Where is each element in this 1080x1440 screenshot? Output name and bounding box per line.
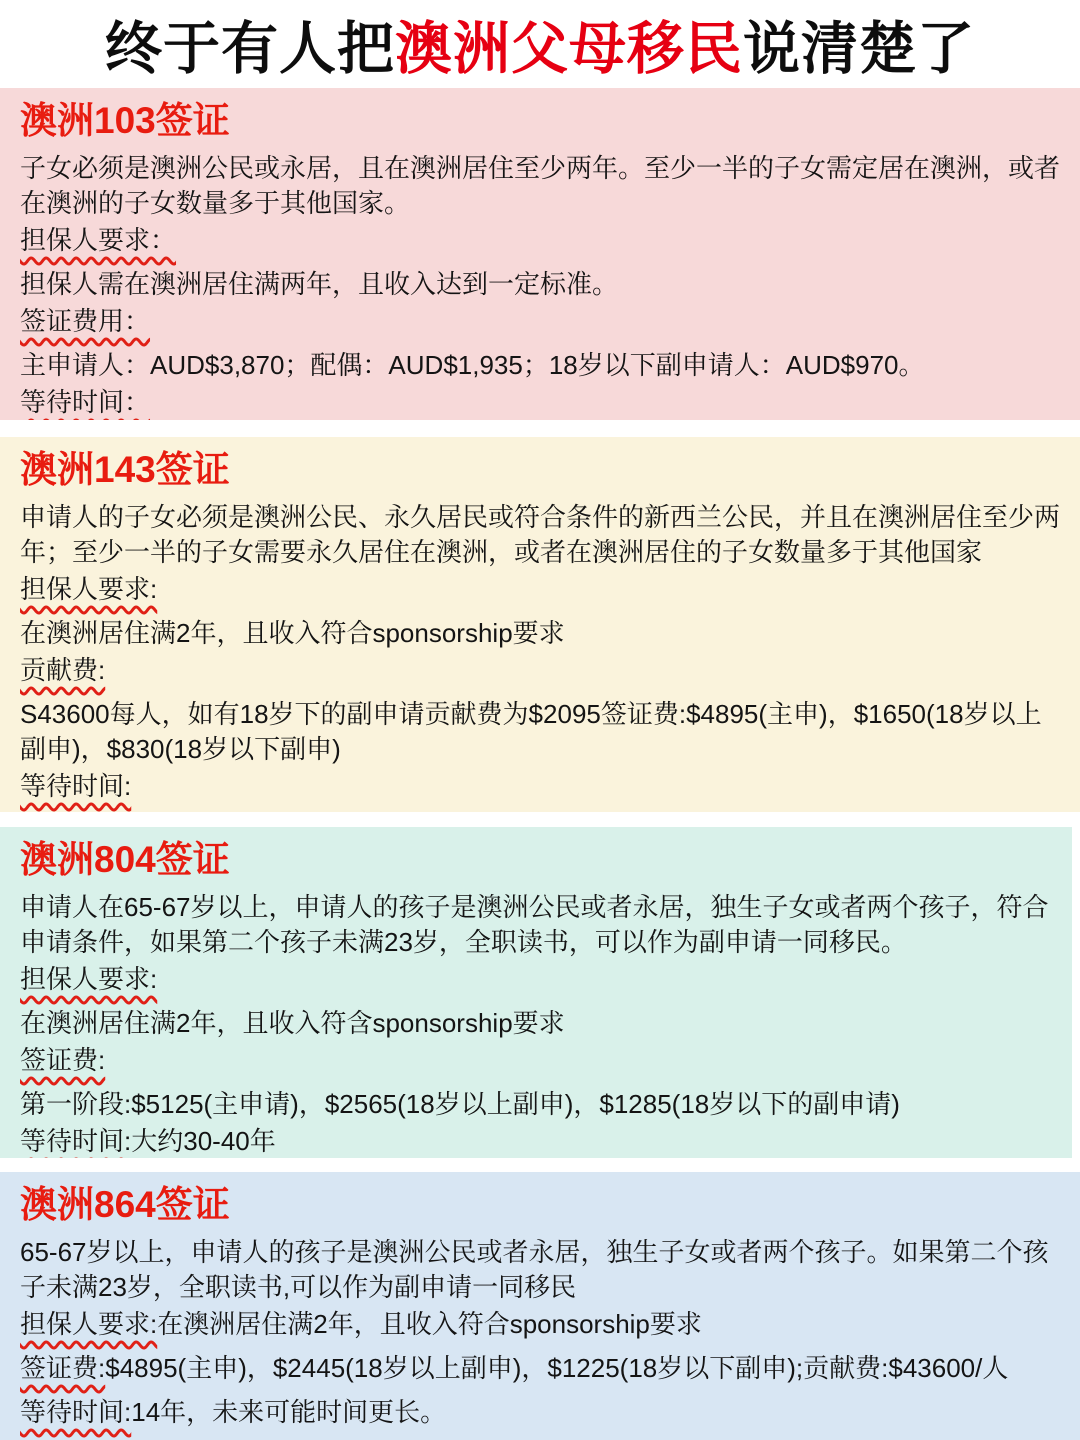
visa-864-wait-row: 等待时间:14年，未来可能时间更长。 — [20, 1395, 1060, 1430]
visa-143-contribution-label: 贡献费: — [20, 653, 1060, 688]
visa-103-wait-label: 等待时间： — [20, 385, 1060, 420]
visa-143-panel: 澳洲143签证 申请人的子女必须是澳洲公民、永久居民或符合条件的新西兰公民，并且… — [0, 437, 1080, 812]
visa-143-sponsor-label: 担保人要求: — [20, 572, 1060, 607]
visa-103-sponsor-text: 担保人需在澳洲居住满两年，且收入达到一定标准。 — [20, 267, 1060, 302]
visa-804-panel: 澳洲804签证 申请人在65-67岁以上，申请人的孩子是澳洲公民或者永居，独生子… — [0, 827, 1072, 1158]
title-part-black-right: 说清楚了 — [743, 3, 975, 85]
visa-103-heading: 澳洲103签证 — [20, 99, 1060, 143]
visa-143-heading: 澳洲143签证 — [20, 448, 1060, 492]
page-title: 终于有人把澳洲父母移民说清楚了 — [0, 0, 1080, 88]
visa-864-heading: 澳洲864签证 — [20, 1183, 1060, 1227]
visa-804-sponsor-text: 在澳洲居住满2年，且收入符含sponsorship要求 — [20, 1006, 1052, 1041]
visa-804-fee-label: 签证费: — [20, 1043, 1052, 1078]
visa-103-eligibility-text: 子女必须是澳洲公民或永居，且在澳洲居住至少两年。至少一半的子女需定居在澳洲，或者… — [20, 151, 1060, 221]
infographic-page: 终于有人把澳洲父母移民说清楚了 澳洲103签证 子女必须是澳洲公民或永居，且在澳… — [0, 0, 1080, 1440]
visa-804-wait-row: 等待时间:大约30-40年 — [20, 1124, 1052, 1158]
visa-103-fee-label: 签证费用： — [20, 304, 1060, 339]
visa-804-heading: 澳洲804签证 — [20, 838, 1052, 882]
visa-864-sponsor-row: 担保人要求:在澳洲居住满2年，且收入符合sponsorship要求 — [20, 1307, 1060, 1342]
visa-143-sponsor-text: 在澳洲居住满2年，且收入符合sponsorship要求 — [20, 616, 1060, 651]
visa-864-fee-row: 签证费:$4895(主申)，$2445(18岁以上副申)，$1225(18岁以下… — [20, 1351, 1060, 1386]
visa-103-panel: 澳洲103签证 子女必须是澳洲公民或永居，且在澳洲居住至少两年。至少一半的子女需… — [0, 88, 1080, 420]
visa-143-contribution-text: S43600每人，如有18岁下的副申请贡献费为$2095签证费:$4895(主申… — [20, 697, 1060, 767]
visa-804-eligibility-text: 申请人在65-67岁以上，申请人的孩子是澳洲公民或者永居，独生子女或者两个孩子，… — [20, 890, 1052, 960]
visa-143-eligibility-text: 申请人的子女必须是澳洲公民、永久居民或符合条件的新西兰公民，并且在澳洲居住至少两… — [20, 500, 1060, 570]
visa-143-wait-label: 等待时间: — [20, 769, 1060, 804]
visa-864-eligibility-text: 65-67岁以上，申请人的孩子是澳洲公民或者永居，独生子女或者两个孩子。如果第二… — [20, 1235, 1060, 1305]
visa-804-fee-text: 第一阶段:$5125(主申请)，$2565(18岁以上副申)，$1285(18岁… — [20, 1087, 1052, 1122]
visa-804-sponsor-label: 担保人要求: — [20, 962, 1052, 997]
visa-103-sponsor-label: 担保人要求： — [20, 223, 1060, 258]
visa-103-fee-text: 主申请人：AUD$3,870；配偶：AUD$1,935；18岁以下副申请人：AU… — [20, 348, 1060, 383]
title-part-red: 澳洲父母移民 — [395, 3, 743, 85]
title-part-black-left: 终于有人把 — [105, 3, 395, 85]
visa-864-panel: 澳洲864签证 65-67岁以上，申请人的孩子是澳洲公民或者永居，独生子女或者两… — [0, 1172, 1080, 1440]
